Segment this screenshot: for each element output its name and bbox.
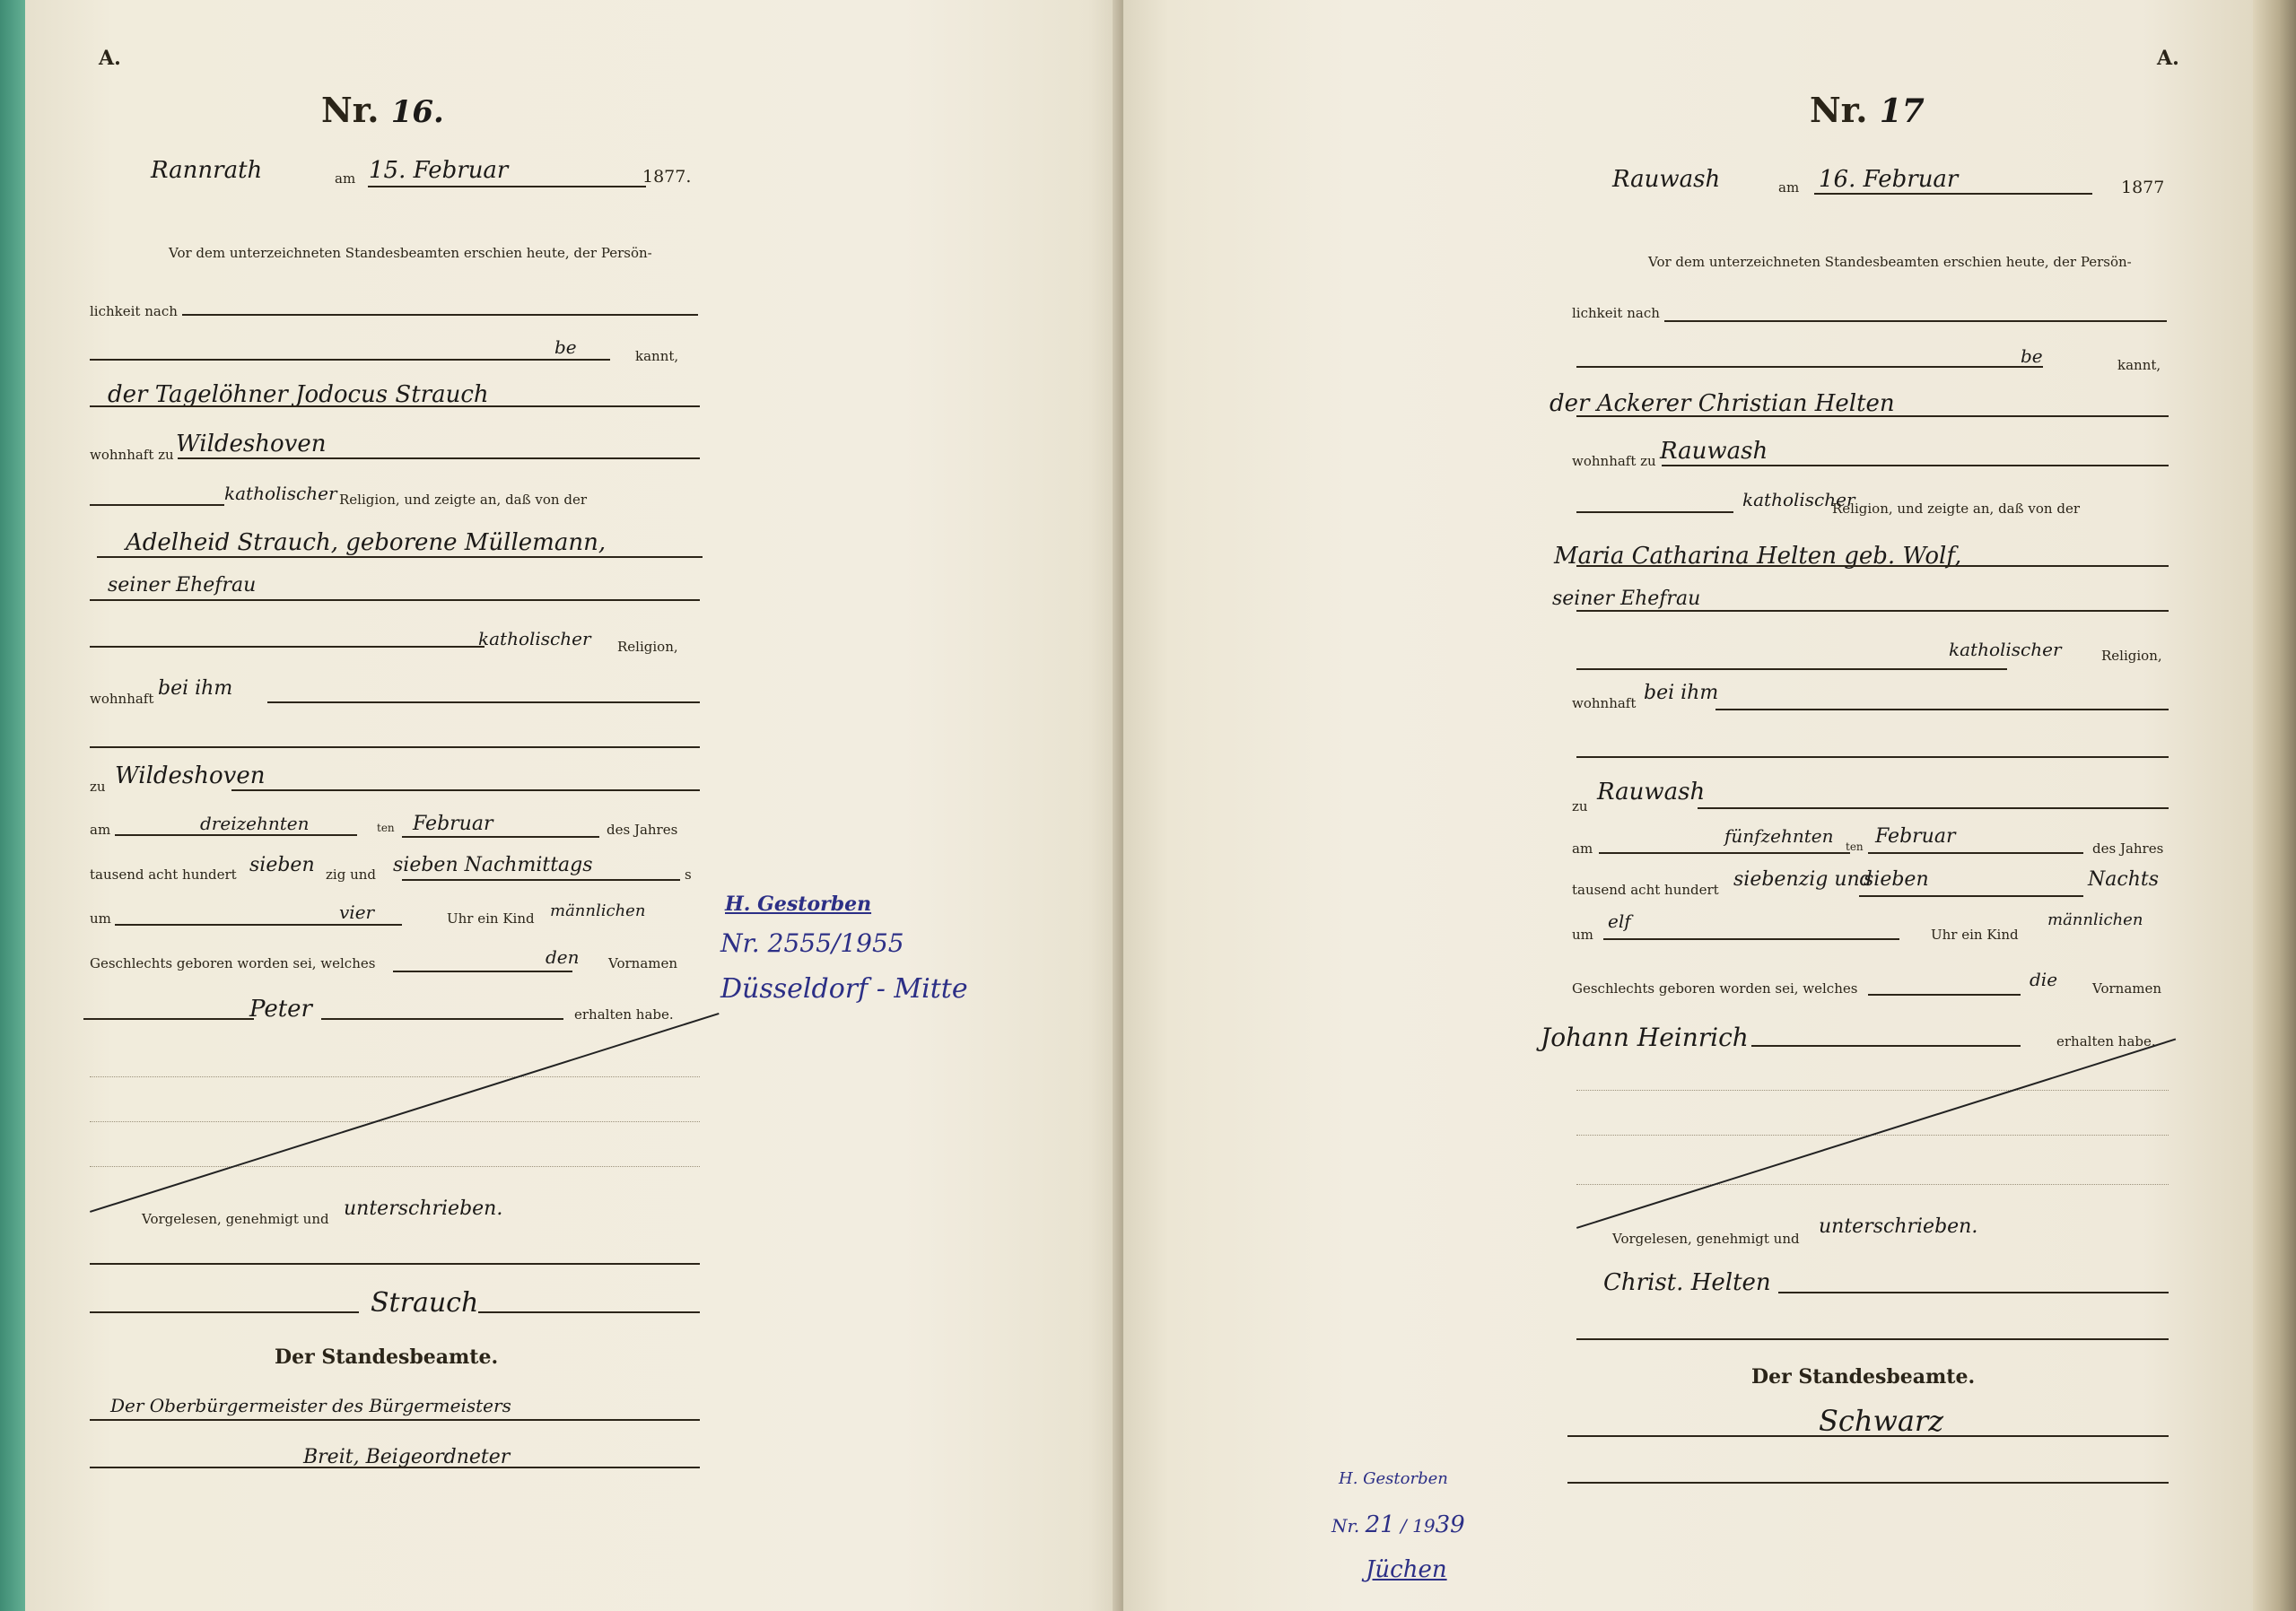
year-words-1: siebenzig und xyxy=(1733,868,1873,891)
lichkeit-label: lichkeit nach xyxy=(90,303,178,319)
underline xyxy=(90,599,700,601)
year-words-1: sieben xyxy=(249,854,315,876)
religion-label: Religion, xyxy=(617,639,678,655)
stamp-number: Nr. 2555/1955 xyxy=(720,928,904,958)
s-suffix: s xyxy=(685,866,692,883)
intro-text: Vor dem unterzeichneten Standesbeamten e… xyxy=(1648,254,2132,270)
underline xyxy=(1715,709,2169,710)
underline xyxy=(115,834,357,836)
child-sex: männlichen xyxy=(2047,910,2143,929)
informant-signature: Christ. Helten xyxy=(1603,1269,1771,1296)
mother-residence: bei ihm xyxy=(158,677,232,700)
des-jahres-label: des Jahres xyxy=(2092,840,2163,857)
informant-name: der Ackerer Christian Helten xyxy=(1550,390,1895,417)
left-page: A. Nr. 16. Rannrath am 15. Februar 1877.… xyxy=(25,0,1122,1611)
underline xyxy=(90,1419,700,1421)
corner-letter: A. xyxy=(2157,47,2179,70)
right-page: A. Nr. 17 Rauwash am 16. Februar 1877 Vo… xyxy=(1123,0,2256,1611)
birth-place: Wildeshoven xyxy=(115,762,266,789)
underline xyxy=(83,1018,254,1020)
unterschrieben: unterschrieben. xyxy=(344,1197,502,1220)
underline xyxy=(402,836,599,838)
mother-name: Adelheid Strauch, geborene Müllemann, xyxy=(126,529,606,556)
vornamen-label: Vornamen xyxy=(2092,980,2161,997)
birth-day: dreizehnten xyxy=(200,813,309,834)
underline xyxy=(1868,994,2021,996)
underline xyxy=(90,1311,359,1313)
birth-hour: elf xyxy=(1608,910,1631,932)
stamp-number: Nr. 21 / 1939 xyxy=(1331,1511,1465,1538)
intro-text: Vor dem unterzeichneten Standesbeamten e… xyxy=(169,245,652,261)
mother-religion: katholischer xyxy=(478,628,591,649)
underline xyxy=(1662,465,2169,466)
kannt-label: kannt, xyxy=(2117,357,2161,373)
am-label: am xyxy=(1572,840,1593,857)
record-place: Rauwash xyxy=(1612,166,1720,193)
zig-label: zig und xyxy=(326,866,376,883)
birth-place: Rauwash xyxy=(1597,779,1705,805)
underline xyxy=(1698,807,2169,809)
underline xyxy=(402,879,680,881)
underline xyxy=(1576,756,2169,758)
tausend-label: tausend acht hundert xyxy=(90,866,237,883)
underline xyxy=(1567,1482,2169,1484)
year-words-2: sieben xyxy=(1864,868,1929,891)
registrar-heading: Der Standesbeamte. xyxy=(275,1345,498,1369)
informant-residence: Rauwash xyxy=(1660,438,1768,465)
stamp-header: H. Gestorben xyxy=(1339,1469,1448,1488)
underline xyxy=(321,1018,563,1020)
record-year: 1877 xyxy=(2121,178,2164,197)
underline xyxy=(90,504,224,506)
dotted-line xyxy=(1576,1184,2169,1186)
underline xyxy=(97,556,703,558)
birth-month: Februar xyxy=(413,813,493,835)
am-label: am xyxy=(90,822,110,838)
record-year: 1877. xyxy=(642,167,691,187)
relation: seiner Ehefrau xyxy=(1552,588,1700,610)
underline xyxy=(1576,366,2043,368)
corner-letter: A. xyxy=(99,47,121,70)
unterschrieben: unterschrieben. xyxy=(1819,1215,1977,1238)
underline xyxy=(1859,895,2083,897)
underline xyxy=(1576,610,2169,612)
underline xyxy=(90,646,485,648)
record-place: Rannrath xyxy=(151,157,262,184)
zu-label: zu xyxy=(90,779,106,795)
article: die xyxy=(2030,969,2057,990)
vornamen-label: Vornamen xyxy=(608,955,677,971)
informant-signature: Strauch xyxy=(371,1287,478,1319)
geschlechts-label: Geschlechts geboren worden sei, welches xyxy=(90,955,375,971)
underline xyxy=(90,1467,700,1468)
underline xyxy=(1576,1338,2169,1340)
uhr-label: Uhr ein Kind xyxy=(447,910,535,927)
wohnhaft-label: wohnhaft xyxy=(1572,695,1636,711)
underline xyxy=(1576,511,1733,513)
registrar-heading: Der Standesbeamte. xyxy=(1751,1365,1975,1389)
underline xyxy=(393,971,572,972)
informant-residence: Wildeshoven xyxy=(176,431,327,457)
ten-label: ten xyxy=(377,822,395,834)
dotted-line xyxy=(90,1121,700,1123)
registrar-line: Der Oberbürgermeister des Bürgermeisters xyxy=(110,1395,511,1416)
dotted-line xyxy=(1576,1090,2169,1092)
underline xyxy=(368,186,646,187)
relation: seiner Ehefrau xyxy=(108,574,256,597)
vorgelesen-label: Vorgelesen, genehmigt und xyxy=(1612,1231,1800,1247)
am-label: am xyxy=(1778,179,1799,196)
mother-religion: katholischer xyxy=(1949,639,2062,660)
child-given-name: Johann Heinrich xyxy=(1541,1023,1749,1052)
dotted-line xyxy=(90,1166,700,1168)
religion-text: Religion, und zeigte an, daß von der xyxy=(1832,501,2080,517)
geschlechts-label: Geschlechts geboren worden sei, welches xyxy=(1572,980,1857,997)
informant-religion: katholischer xyxy=(224,483,337,504)
record-date: 15. Februar xyxy=(369,157,508,184)
religion-text: Religion, und zeigte an, daß von der xyxy=(339,492,587,508)
child-given-name: Peter xyxy=(249,996,312,1023)
wohnhaft-label: wohnhaft zu xyxy=(1572,453,1656,469)
record-number: Nr. 17 xyxy=(1810,90,1925,130)
underline xyxy=(1868,852,2083,854)
zu-label: zu xyxy=(1572,798,1588,814)
underline xyxy=(1664,320,2167,322)
uhr-label: Uhr ein Kind xyxy=(1931,927,2019,943)
underline xyxy=(90,746,700,748)
underline xyxy=(1576,415,2169,417)
underline xyxy=(182,314,698,316)
kannt-prefix: be xyxy=(2021,345,2043,367)
underline xyxy=(267,701,700,703)
registrar-signature: Schwarz xyxy=(1819,1404,1943,1438)
kannt-prefix: be xyxy=(554,336,577,358)
um-label: um xyxy=(90,910,111,927)
underline xyxy=(178,457,700,459)
year-words-2: sieben Nachmittags xyxy=(393,854,593,876)
underline xyxy=(1576,668,2007,670)
underline xyxy=(90,359,610,361)
underline xyxy=(1778,1292,2169,1293)
underline xyxy=(478,1311,700,1313)
ten-label: ten xyxy=(1846,840,1864,853)
um-label: um xyxy=(1572,927,1593,943)
void-strike-line xyxy=(90,1013,720,1213)
underline xyxy=(90,1263,700,1265)
des-jahres-label: des Jahres xyxy=(607,822,677,838)
dotted-line xyxy=(90,1076,700,1078)
stamp-header: H. Gestorben xyxy=(725,893,871,916)
registrar-signature: Breit, Beigeordneter xyxy=(303,1446,510,1468)
birth-month: Februar xyxy=(1875,825,1955,848)
religion-label: Religion, xyxy=(2101,648,2162,664)
child-sex: männlichen xyxy=(550,901,645,920)
stamp-place: Jüchen xyxy=(1366,1556,1447,1583)
lichkeit-label: lichkeit nach xyxy=(1572,305,1660,321)
wohnhaft-label: wohnhaft zu xyxy=(90,447,174,463)
tausend-label: tausend acht hundert xyxy=(1572,882,1719,898)
underline xyxy=(1576,565,2169,567)
informant-name: der Tagelöhner Jodocus Strauch xyxy=(108,381,489,408)
mother-residence: bei ihm xyxy=(1644,682,1718,704)
void-strike-line xyxy=(1576,1039,2176,1229)
underline xyxy=(90,405,700,407)
erhalten-label: erhalten habe. xyxy=(2056,1033,2156,1049)
kannt-label: kannt, xyxy=(635,348,678,364)
time-of-day: Nachts xyxy=(2088,868,2159,891)
underline xyxy=(1603,938,1899,940)
birth-day: fünfzehnten xyxy=(1724,825,1833,847)
erhalten-label: erhalten habe. xyxy=(574,1006,674,1023)
underline xyxy=(1814,193,2092,195)
stamp-place: Düsseldorf - Mitte xyxy=(720,973,968,1005)
underline xyxy=(115,924,402,926)
wohnhaft-label: wohnhaft xyxy=(90,691,153,707)
underline xyxy=(1751,1045,2021,1047)
record-number: Nr. 16. xyxy=(321,90,444,130)
am-label: am xyxy=(335,170,355,187)
underline xyxy=(231,789,700,791)
article: den xyxy=(546,946,580,968)
birth-hour: vier xyxy=(339,901,374,923)
record-date: 16. Februar xyxy=(1819,166,1958,193)
vorgelesen-label: Vorgelesen, genehmigt und xyxy=(142,1211,329,1227)
underline xyxy=(1599,852,1850,854)
book-page-edges-right xyxy=(2253,0,2296,1611)
